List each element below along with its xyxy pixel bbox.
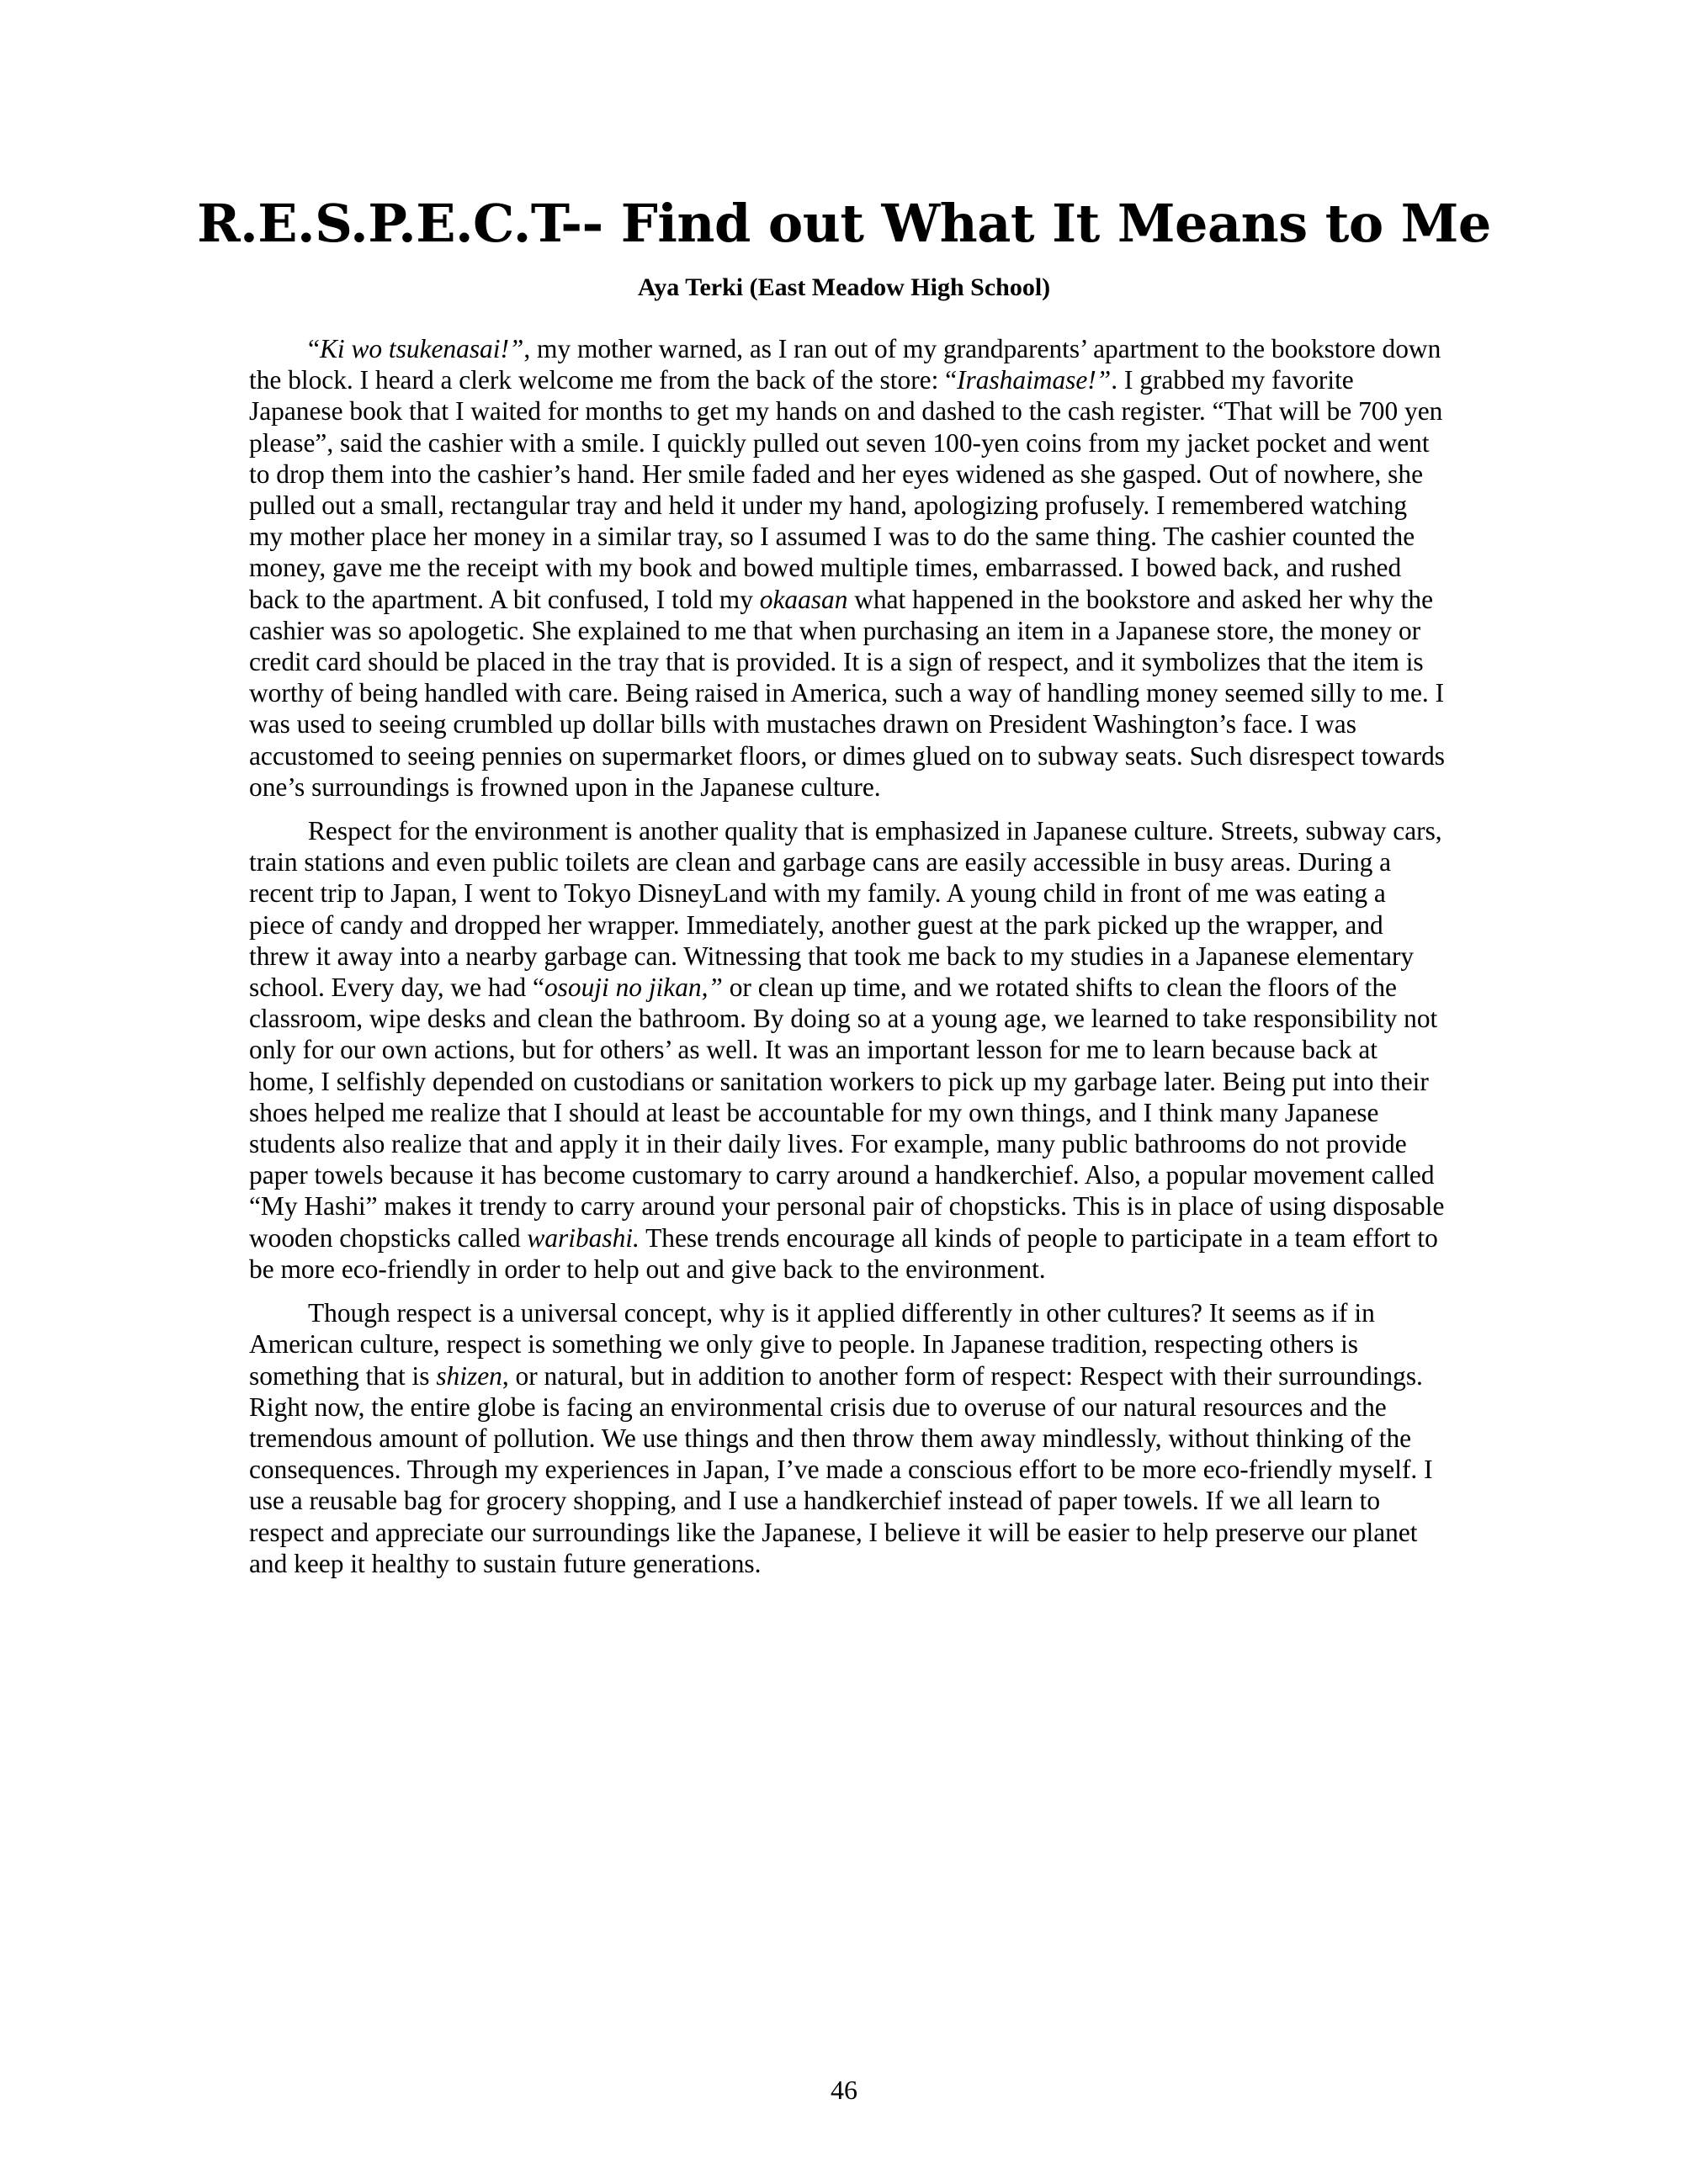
text-run: . I grabbed my favorite Japanese book th… [249,365,1442,613]
body-paragraph: “Ki wo tsukenasai!”, my mother warned, a… [249,333,1447,803]
page-number: 46 [0,2073,1688,2107]
body-paragraph: Though respect is a universal concept, w… [249,1297,1447,1579]
italic-phrase: shizen [436,1361,502,1391]
italic-phrase: waribashi. [527,1223,639,1253]
essay-title: R.E.S.P.E.C.T-- Find out What It Means t… [0,190,1688,257]
text-run: , or natural, but in addition to another… [249,1361,1433,1578]
essay-body: “Ki wo tsukenasai!”, my mother warned, a… [249,333,1447,1592]
text-run: or clean up time, and we rotated shifts … [249,973,1444,1253]
text-run: what happened in the bookstore and asked… [249,585,1445,802]
author-byline: Aya Terki (East Meadow High School) [0,271,1688,305]
body-paragraph: Respect for the environment is another q… [249,815,1447,1285]
italic-phrase: Irashaimase!” [957,365,1111,395]
text-run: “ [308,334,320,363]
document-page: R.E.S.P.E.C.T-- Find out What It Means t… [0,0,1688,2184]
italic-phrase: osouji no jikan,” [544,973,723,1002]
italic-phrase: okaasan [760,585,848,614]
italic-phrase: Ki wo tsukenasai!” [320,334,523,363]
